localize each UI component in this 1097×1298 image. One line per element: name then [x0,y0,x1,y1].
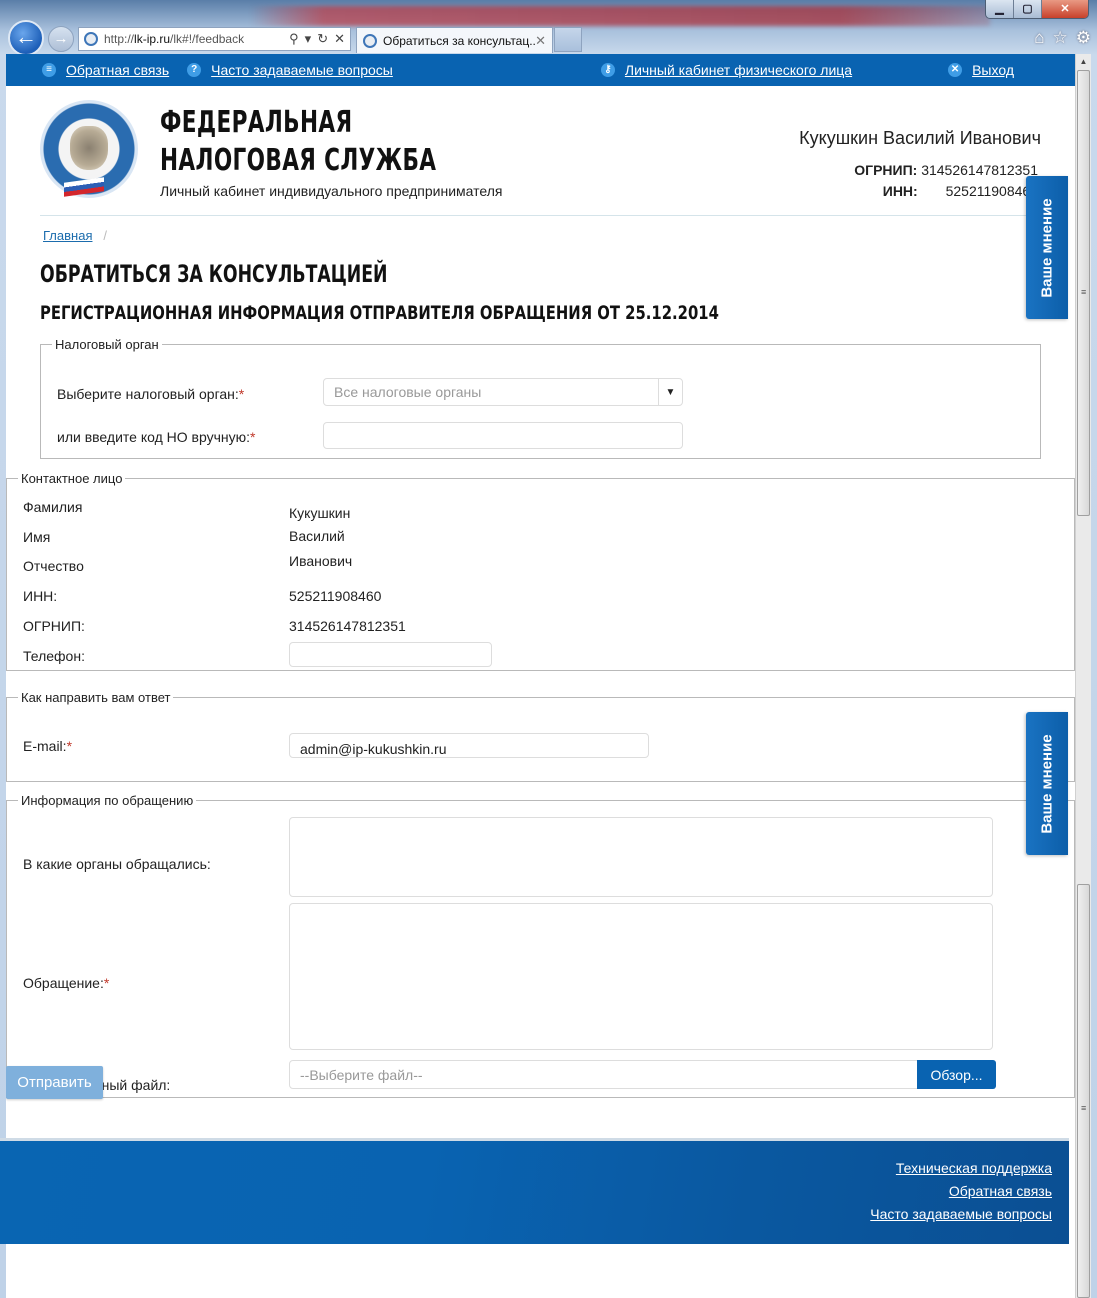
breadcrumb: Главная / [40,216,1041,243]
dropdown-icon[interactable]: ▾ [305,31,312,47]
tab-title: Обратиться за консультац... [383,34,535,48]
site-header: ФЕДЕРАЛЬНАЯ НАЛОГОВАЯ СЛУЖБА Личный каби… [40,86,1041,216]
page-subtitle: РЕГИСТРАЦИОННАЯ ИНФОРМАЦИЯ ОТПРАВИТЕЛЯ О… [40,302,821,324]
page-title: ОБРАТИТЬСЯ ЗА КОНСУЛЬТАЦИЕЙ [40,260,761,288]
scroll-up-icon[interactable]: ▲ [1076,54,1091,70]
address-bar[interactable]: http://lk-ip.ru/lk#!/feedback ⚲ ▾ ↻ ✕ [78,27,351,51]
nav-item-logout[interactable]: ✕ Выход [948,62,1014,78]
list-icon: ≡ [42,63,56,77]
breadcrumb-home-link[interactable]: Главная [43,228,92,243]
stop-icon[interactable]: ✕ [334,31,345,47]
close-window-button[interactable]: ✕ [1042,0,1088,18]
phone-input[interactable] [289,642,492,667]
scrollbar-thumb-bottom[interactable]: ≡ [1077,884,1090,1298]
fns-emblem-logo[interactable] [40,100,138,198]
first-name-label: Имя [23,529,50,545]
footer-feedback-link[interactable]: Обратная связь [870,1180,1052,1203]
nav-item-faq[interactable]: ? Часто задаваемые вопросы [187,62,393,78]
brand-subtitle: Личный кабинет индивидуального предприни… [160,183,502,199]
maximize-button[interactable]: ▢ [1014,0,1042,18]
nav-personal-cabinet-link[interactable]: Личный кабинет физического лица [625,62,852,78]
nav-faq-link[interactable]: Часто задаваемые вопросы [211,62,393,78]
url-text[interactable]: http://lk-ip.ru/lk#!/feedback [104,32,289,46]
last-name-label: Фамилия [23,499,82,515]
eagle-crest-icon [70,126,108,170]
close-icon: ✕ [948,63,962,77]
home-icon[interactable]: ⌂ [1034,28,1044,48]
browser-window: ▁ ▢ ✕ ← → http://lk-ip.ru/lk#!/feedback … [0,0,1097,1298]
patronymic-value: Иванович [289,553,352,569]
organs-label: В какие органы обращались: [23,856,211,872]
page-viewport: ≡ Обратная связь ? Часто задаваемые вопр… [6,54,1075,1298]
vertical-scrollbar[interactable]: ▲ ≡ ≡ [1075,54,1091,1298]
ogrnip-field-value: 314526147812351 [289,618,406,634]
tax-authority-fieldset: Налоговый орган Выберите налоговый орган… [40,337,1041,459]
inn-value: 525211908460 [946,183,1038,199]
search-icon[interactable]: ⚲ [289,31,299,47]
first-name-value: Василий [289,528,345,544]
file-placeholder: --Выберите файл-- [300,1067,917,1083]
submit-button[interactable]: Отправить [6,1066,103,1099]
feedback-tab-bottom[interactable]: Ваше мнение [1026,712,1068,855]
minimize-button[interactable]: ▁ [986,0,1014,18]
nav-logout-link[interactable]: Выход [972,62,1014,78]
gear-icon[interactable]: ⚙ [1076,28,1091,48]
chevron-down-icon[interactable]: ▼ [658,379,682,405]
inn-label: ИНН: [883,183,918,199]
back-button[interactable]: ← [8,20,44,56]
tax-authority-code-input[interactable] [323,422,683,449]
phone-label: Телефон: [23,648,85,664]
contact-fieldset: Контактное лицо Фамилия Кукушкин Имя Вас… [6,471,1075,671]
brand-title: ФЕДЕРАЛЬНАЯ НАЛОГОВАЯ СЛУЖБА [160,104,436,180]
ogrnip-field-label: ОГРНИП: [23,618,85,634]
key-icon: ⚷ [601,63,615,77]
forward-button[interactable]: → [48,26,74,52]
browser-tab[interactable]: Обратиться за консультац... ✕ [356,27,553,53]
new-tab-button[interactable] [554,27,582,52]
top-nav: ≡ Обратная связь ? Часто задаваемые вопр… [6,54,1075,86]
flag-icon [64,177,104,197]
nav-item-personal-cabinet[interactable]: ⚷ Личный кабинет физического лица [601,62,852,78]
favorites-star-icon[interactable]: ☆ [1053,28,1068,48]
footer-faq-link[interactable]: Часто задаваемые вопросы [870,1203,1052,1226]
title-bar [250,6,990,26]
message-label: Обращение:* [23,975,109,991]
contact-legend: Контактное лицо [18,471,125,486]
refresh-icon[interactable]: ↻ [317,31,328,47]
tax-authority-select[interactable]: Все налоговые органы ▼ [323,378,683,406]
tab-favicon-icon [363,34,377,48]
footer-tech-support-link[interactable]: Техническая поддержка [870,1157,1052,1180]
tax-authority-select-value: Все налоговые органы [334,384,658,400]
file-input[interactable]: --Выберите файл-- Обзор... [289,1060,996,1089]
user-meta: ОГРНИП: 314526147812351 ИНН: 52521190846… [854,160,1038,202]
scrollbar-thumb-top[interactable]: ≡ [1077,70,1090,516]
ogrnip-value: 314526147812351 [921,162,1038,178]
inn-field-value: 525211908460 [289,588,381,604]
tax-authority-code-label: или введите код НО вручную:* [57,429,255,445]
select-tax-authority-label: Выберите налоговый орган:* [57,386,244,402]
last-name-value: Кукушкин [289,505,350,521]
breadcrumb-separator: / [103,228,107,243]
ogrnip-label: ОГРНИП: [854,162,917,178]
site-footer: Техническая поддержка Обратная связь Час… [0,1138,1069,1244]
request-legend: Информация по обращению [18,793,196,808]
question-icon: ? [187,63,201,77]
nav-feedback-link[interactable]: Обратная связь [66,62,169,78]
site-favicon-icon [84,32,98,46]
user-name: Кукушкин Василий Иванович [799,128,1041,149]
nav-item-feedback[interactable]: ≡ Обратная связь [42,62,169,78]
reply-legend: Как направить вам ответ [18,690,173,705]
patronymic-label: Отчество [23,558,84,574]
request-fieldset: Информация по обращению В какие органы о… [6,793,1075,1098]
reply-fieldset: Как направить вам ответ E-mail:* admin@i… [6,690,1075,782]
browse-button[interactable]: Обзор... [917,1060,996,1089]
window-controls: ▁ ▢ ✕ [985,0,1089,19]
main-content: Главная / ОБРАТИТЬСЯ ЗА КОНСУЛЬТАЦИЕЙ РЕ… [40,216,1041,459]
feedback-tab-top[interactable]: Ваше мнение [1026,176,1068,319]
message-textarea[interactable] [289,903,993,1050]
email-label: E-mail:* [23,738,72,754]
inn-field-label: ИНН: [23,588,57,604]
email-input[interactable]: admin@ip-kukushkin.ru [289,733,649,758]
tax-authority-legend: Налоговый орган [52,337,162,352]
organs-textarea[interactable] [289,817,993,897]
tab-close-icon[interactable]: ✕ [535,33,552,49]
